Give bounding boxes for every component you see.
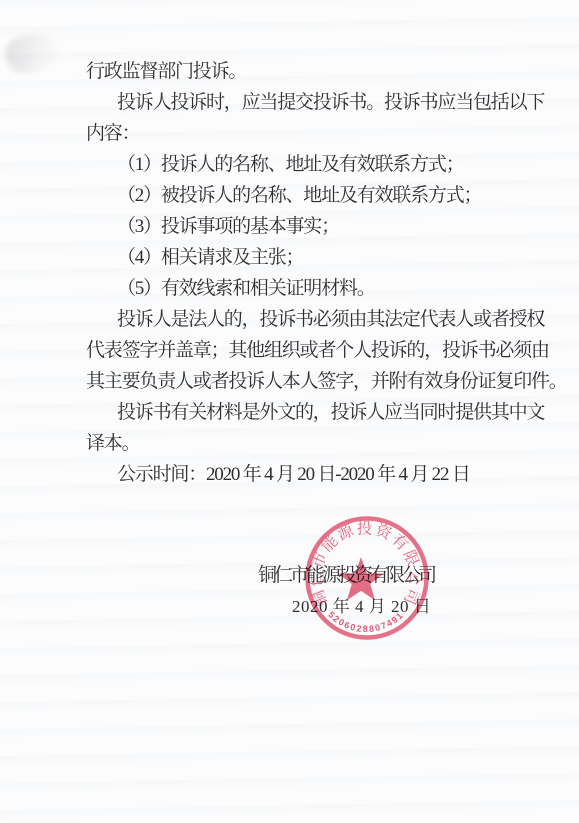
body-line: （1）投诉人的名称、地址及有效联系方式； <box>86 149 567 180</box>
body-line: 公示时间：2020 年 4 月 20 日-2020 年 4 月 22 日 <box>86 459 567 490</box>
body-line: 其主要负责人或者投诉人本人签字，并附有效身份证复印件。 <box>86 366 567 397</box>
body-line: （2）被投诉人的名称、地址及有效联系方式； <box>86 180 567 211</box>
body-line: 译本。 <box>86 428 567 459</box>
scan-smudge-artifact <box>1 27 62 79</box>
body-line: （3）投诉事项的基本事实； <box>86 211 567 242</box>
signature-date: 2020 年 4 月 20 日 <box>292 592 431 617</box>
signature-company-name: 铜仁市能源投资有限公司 <box>258 560 434 587</box>
document-body: 行政监督部门投诉。 投诉人投诉时，应当提交投诉书。投诉书应当包括以下 内容： （… <box>86 56 567 490</box>
body-line: 投诉人投诉时，应当提交投诉书。投诉书应当包括以下 <box>86 87 567 118</box>
body-line: （4）相关请求及主张； <box>86 242 567 273</box>
body-line: 内容： <box>86 118 567 149</box>
body-line: 投诉书有关材料是外文的，投诉人应当同时提供其中文 <box>86 397 567 428</box>
body-line: （5）有效线索和相关证明材料。 <box>86 273 567 304</box>
body-line: 行政监督部门投诉。 <box>86 56 567 87</box>
body-line: 代表签字并盖章；其他组织或者个人投诉的，投诉书必须由 <box>86 335 567 366</box>
scanned-document-page: 行政监督部门投诉。 投诉人投诉时，应当提交投诉书。投诉书应当包括以下 内容： （… <box>0 0 579 823</box>
body-line: 投诉人是法人的，投诉书必须由其法定代表人或者授权 <box>86 304 567 335</box>
